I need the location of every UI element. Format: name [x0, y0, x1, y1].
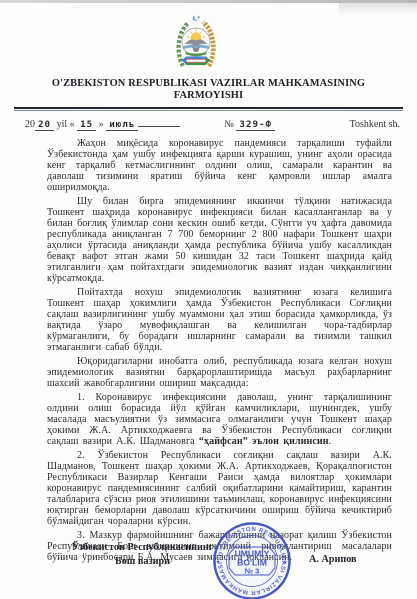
year-prefix: 20	[25, 119, 35, 130]
paragraph-1: Жаҳон миқёсида коронавирус пандемияси та…	[47, 139, 392, 194]
document-title-line1: O'ZBEKISTON RESPUBLIKASI VAZIRLAR MAHKAM…	[0, 78, 417, 90]
paragraph-3: Пойтахтда нохуш эпидемиологик вазиятнинг…	[47, 288, 392, 353]
quote-close: »	[99, 119, 104, 130]
stamp-star-right-icon: ✦	[283, 559, 288, 566]
uzbekistan-state-emblem-icon	[173, 13, 219, 73]
scan-corner-artifact	[339, 3, 417, 15]
month-filled-value: июль	[106, 119, 138, 131]
day-filled-value: 15	[77, 119, 96, 131]
scanned-decree-page: O'ZBEKISTON RESPUBLIKASI VAZIRLAR MAHKAM…	[0, 0, 417, 599]
document-number-field: № 329-Ф	[224, 119, 275, 130]
yil-label: yil «	[54, 119, 75, 130]
decree-body: Жаҳон миқёсида коронавирус пандемияси та…	[47, 139, 392, 564]
stamp-star-left-icon: ✦	[216, 559, 221, 566]
order-item-1-period: .	[329, 436, 332, 447]
order-item-1: 1. Коронавирус инфекциясини даволаш, уни…	[47, 393, 392, 448]
document-title-line2: FARMOYISHI	[0, 90, 417, 102]
year-filled-value: 20	[35, 119, 54, 131]
stamp-center-line3: № 3	[245, 567, 259, 576]
order-item-1-bold: “ҳайфсан” эълон қилинсин	[199, 436, 329, 447]
paragraph-2: Шу билан бирга эпидемиянинг иккинчи тўлқ…	[47, 197, 392, 284]
signer-name: А. Арипов	[309, 554, 357, 565]
signature-block: Ўзбекистон Республикасининг Бош вазири А…	[0, 541, 417, 581]
date-field: 2020 yil « 15 » июль	[25, 119, 180, 130]
official-round-stamp: O'ZBEKISTON RESPUBLIKASI VAZIRLAR MAHKAM…	[211, 520, 293, 599]
paragraph-4-purpose: Юқоридагиларни инобатга олиб, республика…	[47, 357, 392, 390]
header-divider	[14, 107, 403, 112]
number-sign: №	[224, 119, 234, 130]
document-title: O'ZBEKISTON RESPUBLIKASI VAZIRLAR MAHKAM…	[0, 78, 417, 103]
order-item-2: 2. Ўзбекистон Республикаси соғлиқни сақл…	[47, 451, 392, 527]
header-divider-accent	[14, 110, 403, 111]
blank-line	[138, 126, 180, 127]
number-filled-value: 329-Ф	[236, 119, 275, 131]
city-label: Toshkent sh.	[350, 119, 400, 130]
date-number-line: 2020 yil « 15 » июль № 329-Ф Toshkent sh…	[25, 119, 400, 130]
